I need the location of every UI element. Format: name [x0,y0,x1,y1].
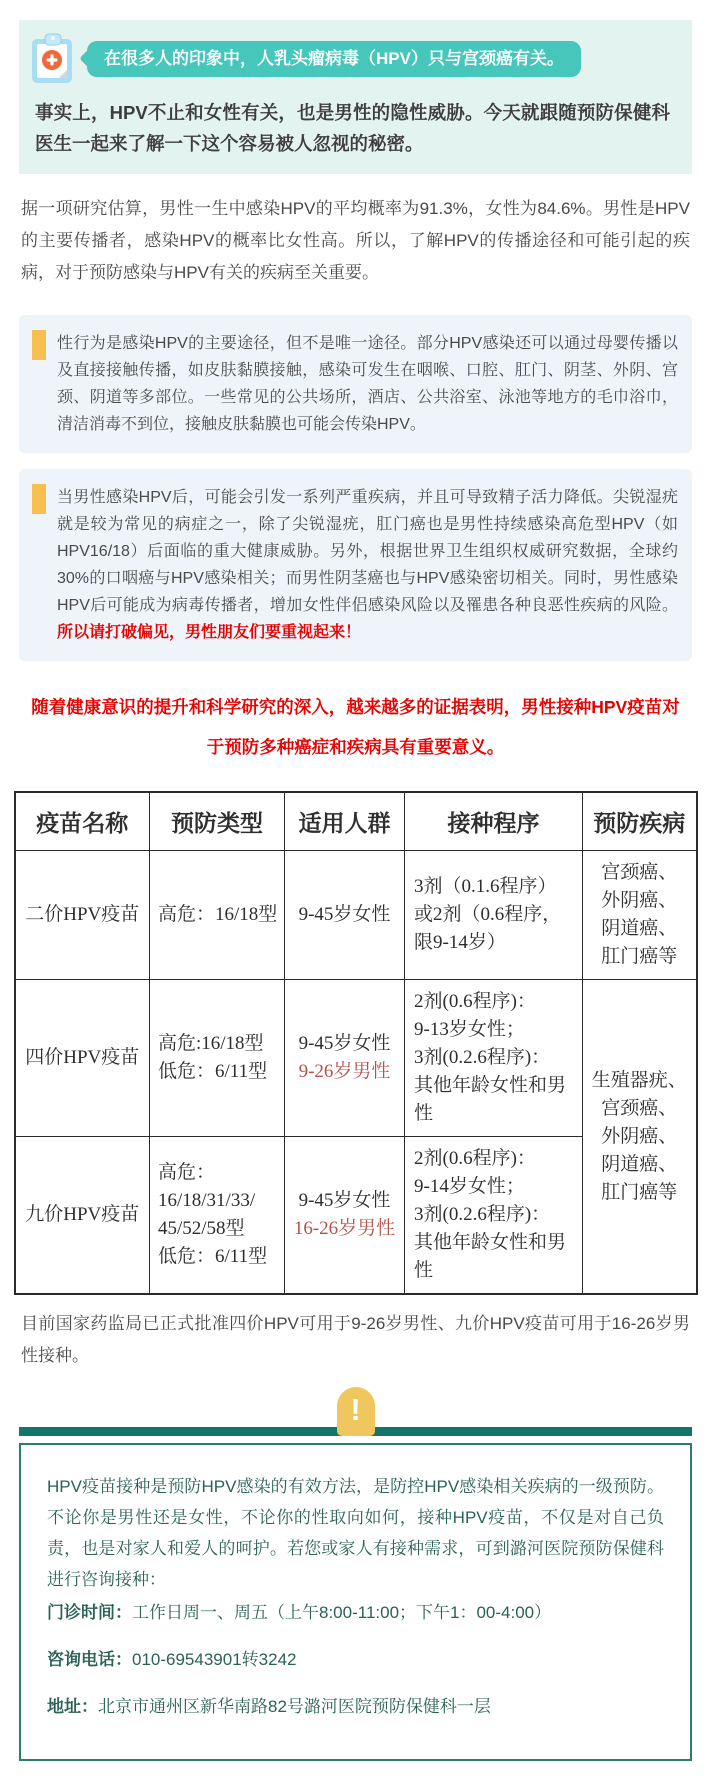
highlight-marker-icon [32,330,46,360]
paragraph-approval: 目前国家药监局已正式批准四价HPV可用于9-26岁男性、九价HPV疫苗可用于16… [21,1308,690,1372]
table-row-quadrivalent: 四价HPV疫苗 高危:16/18型 低危：6/11型 9-45岁女性 9-26岁… [15,980,697,1137]
address-value: 北京市通州区新华南路82号潞河医院预防保健科一层 [98,1697,491,1716]
banner-pill: 在很多人的印象中，人乳头瘤病毒（HPV）只与宫颈癌有关。 [87,41,581,77]
transmission-text: 性行为是感染HPV的主要途径，但不是唯一途径。部分HPV感染还可以通过母婴传播以… [57,335,678,433]
cell-diseases: 宫颈癌、 外阴癌、 阴道癌、 肛门癌等 [583,851,697,980]
header-diseases: 预防疾病 [583,792,697,851]
cell-schedule: 2剂(0.6程序)： 9-13岁女性； 3剂(0.2.6程序)： 其他年龄女性和… [405,980,583,1137]
address-label: 地址： [47,1697,98,1716]
cell-people-female: 9-45岁女性 [299,1190,391,1211]
contact-phone-line: 咨询电话：010-69543901转3242 [47,1645,664,1675]
contact-intro-text: HPV疫苗接种是预防HPV感染的有效方法，是防控HPV感染相关疾病的一级预防。不… [47,1471,664,1595]
header-schedule: 接种程序 [405,792,583,851]
medical-clipboard-icon [29,33,77,85]
cell-people: 9-45岁女性 16-26岁男性 [285,1137,405,1295]
hero-header: 在很多人的印象中，人乳头瘤病毒（HPV）只与宫颈癌有关。 [29,33,676,85]
cell-types: 高危：16/18型 [150,851,285,980]
cell-people-male: 16-26岁男性 [289,1215,400,1243]
header-prevention-type: 预防类型 [150,792,285,851]
contact-address-line: 地址：北京市通州区新华南路82号潞河医院预防保健科一层 [47,1692,664,1722]
cell-name: 二价HPV疫苗 [15,851,150,980]
cell-people: 9-45岁女性 [285,851,405,980]
cell-people-male: 9-26岁男性 [289,1058,400,1086]
table-row-bivalent: 二价HPV疫苗 高危：16/18型 9-45岁女性 3剂（0.1.6程序） 或2… [15,851,697,980]
cell-people: 9-45岁女性 9-26岁男性 [285,980,405,1137]
cell-name: 九价HPV疫苗 [15,1137,150,1295]
cell-schedule: 3剂（0.1.6程序） 或2剂（0.6程序， 限9-14岁） [405,851,583,980]
contact-box: HPV疫苗接种是预防HPV感染的有效方法，是防控HPV感染相关疾病的一级预防。不… [19,1443,692,1761]
cell-types: 高危:16/18型 低危：6/11型 [150,980,285,1137]
cell-schedule: 2剂(0.6程序)： 9-14岁女性； 3剂(0.2.6程序)： 其他年龄女性和… [405,1137,583,1295]
cell-name: 四价HPV疫苗 [15,980,150,1137]
hero-intro-text: 事实上，HPV不止和女性有关，也是男性的隐性威胁。今天就跟随预防保健科医生一起来… [35,97,670,159]
exclamation-icon: ! [337,1387,375,1436]
hours-value: 工作日周一、周五（上午8:00-11:00；下午1：00-4:00） [132,1603,551,1622]
cell-types: 高危： 16/18/31/33/ 45/52/58型 低危：6/11型 [150,1137,285,1295]
disease-highlight-text: 所以请打破偏见，男性朋友们要重视起来！ [57,624,361,641]
phone-label: 咨询电话： [47,1650,132,1669]
section-divider: ! [19,1380,692,1438]
info-box-diseases: 当男性感染HPV后，可能会引发一系列严重疾病，并且可导致精子活力降低。尖锐湿疣就… [19,469,692,661]
phone-value: 010-69543901转3242 [132,1650,296,1669]
header-applicable-people: 适用人群 [285,792,405,851]
contact-hours-line: 门诊时间：工作日周一、周五（上午8:00-11:00；下午1：00-4:00） [47,1598,664,1628]
table-header-row: 疫苗名称 预防类型 适用人群 接种程序 预防疾病 [15,792,697,851]
highlight-marker-icon [32,484,46,514]
vaccine-table: 疫苗名称 预防类型 适用人群 接种程序 预防疾病 二价HPV疫苗 高危：16/1… [14,791,698,1295]
cell-diseases-merged: 生殖器疣、 宫颈癌、 外阴癌、 阴道癌、 肛门癌等 [583,980,697,1295]
cell-people-female: 9-45岁女性 [299,1033,391,1054]
paragraph-research: 据一项研究估算，男性一生中感染HPV的平均概率为91.3%，女性为84.6%。男… [21,193,690,289]
cell-people-female: 9-45岁女性 [299,904,391,925]
evidence-statement: 随着健康意识的提升和科学研究的深入，越来越多的证据表明，男性接种HPV疫苗对于预… [28,687,683,767]
disease-text: 当男性感染HPV后，可能会引发一系列严重疾病，并且可导致精子活力降低。尖锐湿疣就… [57,489,678,614]
article-page: 在很多人的印象中，人乳头瘤病毒（HPV）只与宫颈癌有关。 事实上，HPV不止和女… [0,20,711,1761]
header-vaccine-name: 疫苗名称 [15,792,150,851]
info-box-transmission: 性行为是感染HPV的主要途径，但不是唯一途径。部分HPV感染还可以通过母婴传播以… [19,315,692,453]
hero-section: 在很多人的印象中，人乳头瘤病毒（HPV）只与宫颈癌有关。 事实上，HPV不止和女… [19,20,692,174]
hours-label: 门诊时间： [47,1603,132,1622]
